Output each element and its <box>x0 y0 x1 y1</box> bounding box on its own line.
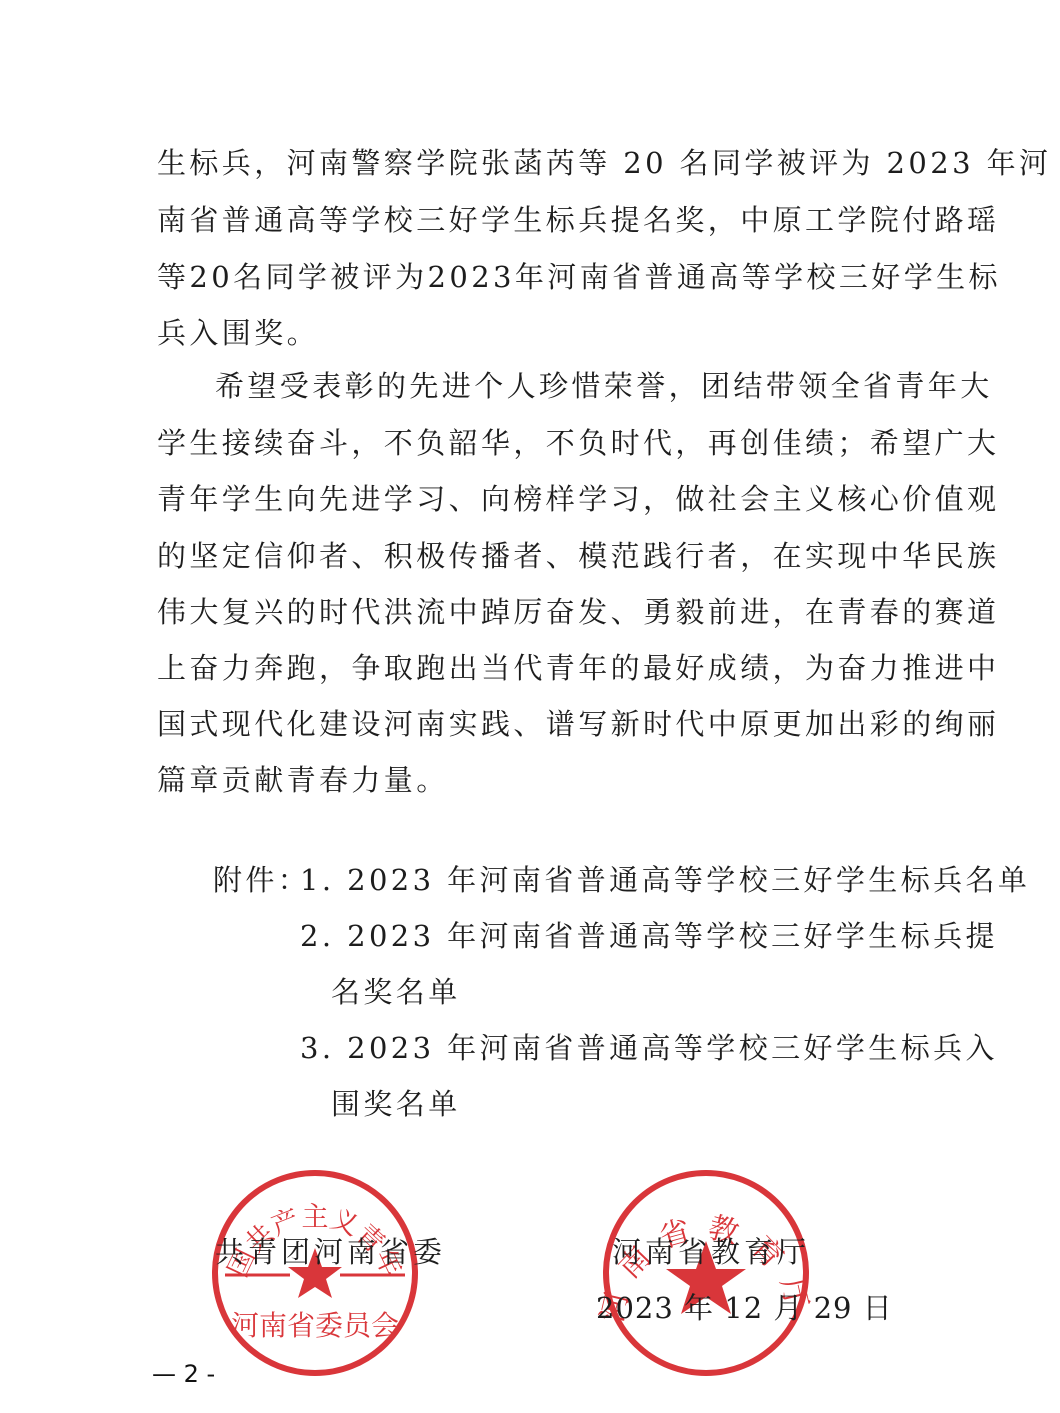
attachment-item-3: 3. 2023 年河南省普通高等学校三好学生标兵入 <box>300 1028 998 1068</box>
seal-left: 中国共产主义青年团 河南省委员会 <box>205 1163 425 1383</box>
attachment-item-3-cont: 围奖名单 <box>331 1084 461 1124</box>
attachment-item-2: 2. 2023 年河南省普通高等学校三好学生标兵提 <box>300 916 998 956</box>
text-line: 学生接续奋斗，不负韶华，不负时代，再创佳绩；希望广大 <box>157 423 999 463</box>
text-line: 伟大复兴的时代洪流中踔厉奋发、勇毅前进，在青春的赛道 <box>157 592 999 632</box>
text-line: 希望受表彰的先进个人珍惜荣誉，团结带领全省青年大 <box>215 366 993 406</box>
signature-right-org: 河南省教育厅 <box>612 1232 810 1272</box>
seal-right: 河南省教育厅 <box>596 1163 816 1383</box>
text-line: 篇章贡献青春力量。 <box>157 760 449 800</box>
text-line: 兵入围奖。 <box>157 313 319 353</box>
attachment-item-2-cont: 名奖名单 <box>331 972 461 1012</box>
text-line: 上奋力奔跑，争取跑出当代青年的最好成绩，为奋力推进中 <box>157 648 999 688</box>
text-line: 国式现代化建设河南实践、谱写新时代中原更加出彩的绚丽 <box>157 704 999 744</box>
attachments-label: 附件： <box>213 860 310 900</box>
text-line: 青年学生向先进学习、向榜样学习，做社会主义核心价值观 <box>157 479 999 519</box>
signature-left-org: 共青团河南省委 <box>215 1232 446 1272</box>
seal-left-bottom-text: 河南省委员会 <box>231 1309 399 1342</box>
text-line: 等20名同学被评为2023年河南省普通高等学校三好学生标 <box>157 257 1001 297</box>
attachment-item-1: 1. 2023 年河南省普通高等学校三好学生标兵名单 <box>300 860 1030 900</box>
text-line: 生标兵，河南警察学院张菡芮等 20 名同学被评为 2023 年河 <box>157 143 1051 183</box>
text-line: 的坚定信仰者、积极传播者、模范践行者，在实现中华民族 <box>157 536 999 576</box>
document-date: 2023 年 12 月 29 日 <box>596 1288 893 1328</box>
text-line: 南省普通高等学校三好学生标兵提名奖，中原工学院付路瑶 <box>157 200 999 240</box>
